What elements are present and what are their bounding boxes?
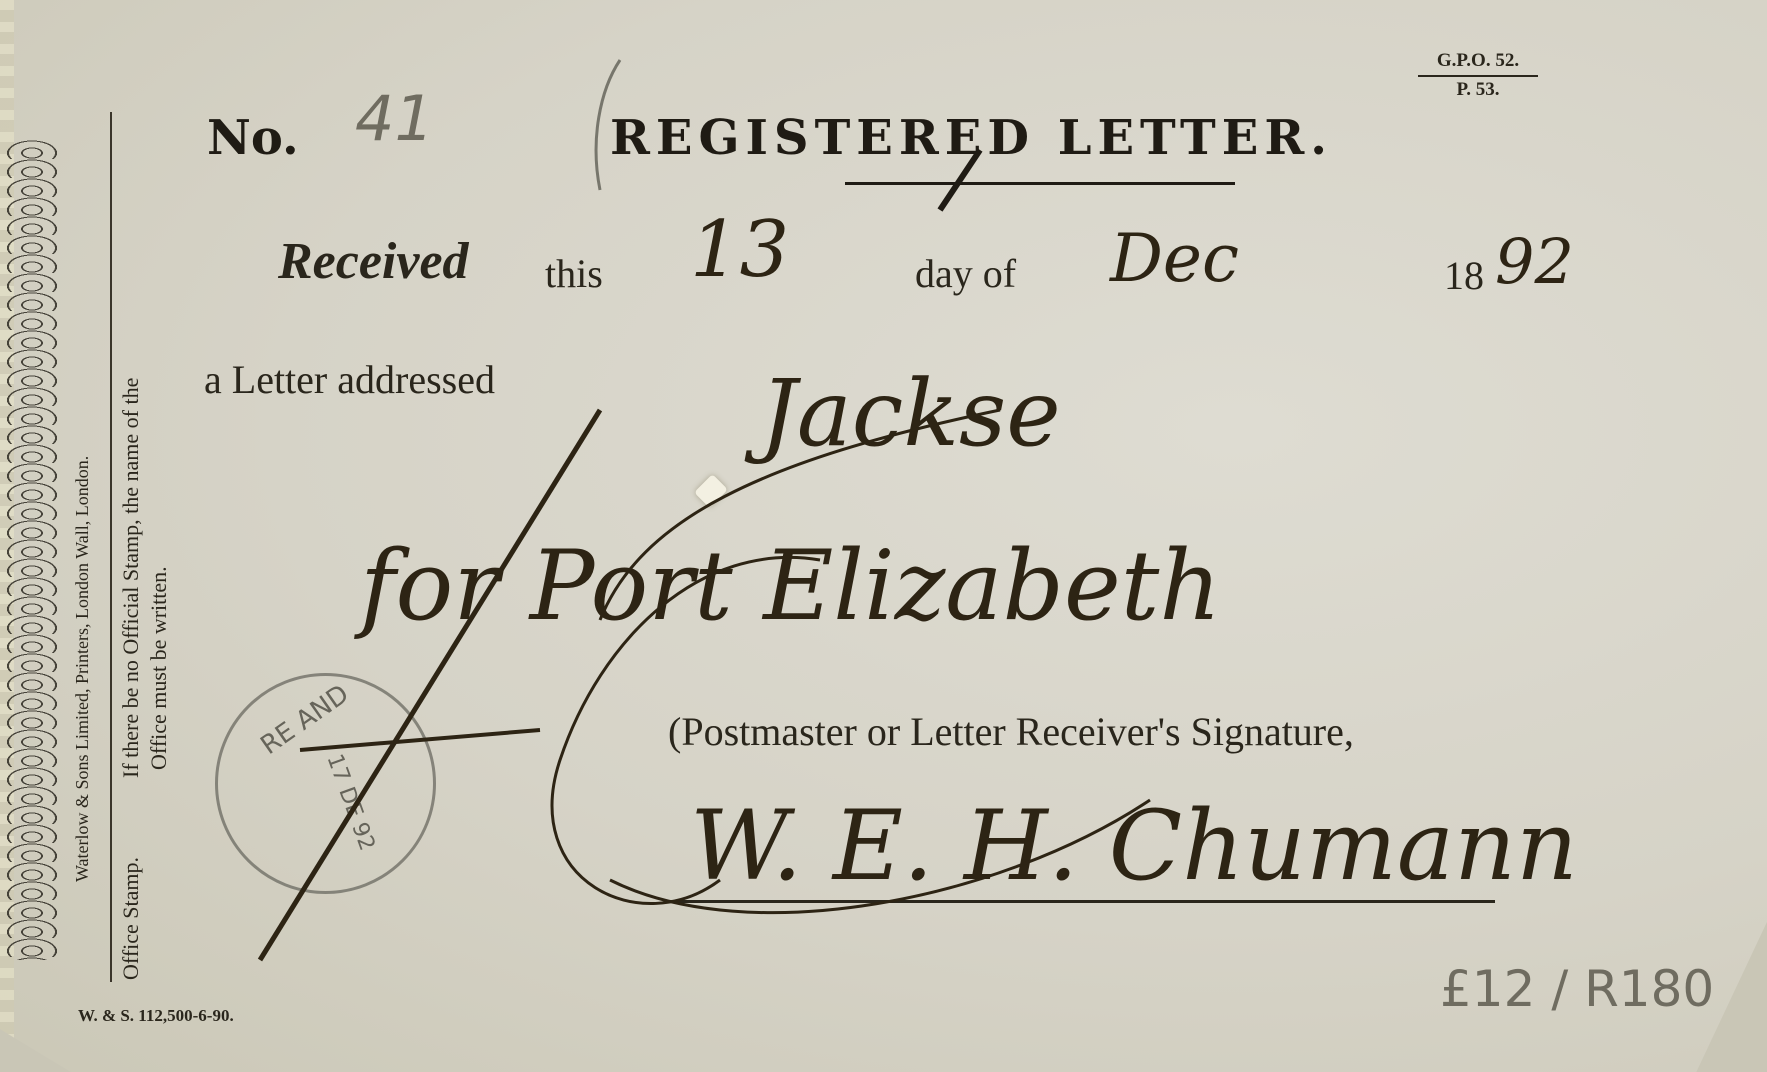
registered-letter-receipt: Waterlow & Sons Limited, Printers, Londo…	[0, 0, 1767, 1072]
ink-flourishes	[0, 0, 1767, 1072]
